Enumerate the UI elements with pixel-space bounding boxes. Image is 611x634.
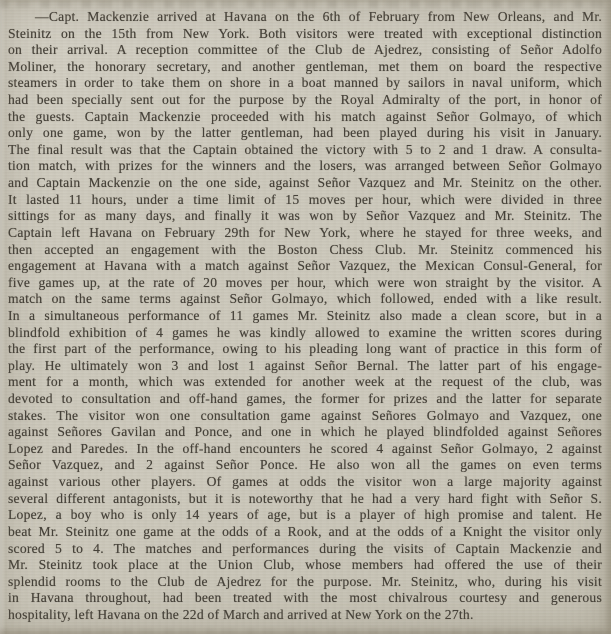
text-line: The final result was that the Captain ob…	[8, 142, 602, 159]
text-line: Steinitz on the 15th from New York. Both…	[8, 26, 602, 43]
text-line: tion match, with prizes for the winners …	[8, 158, 602, 175]
text-line: It lasted 11 hours, under a time limit o…	[8, 192, 602, 209]
body-paragraph: —Capt. Mackenzie arrived at Havana on th…	[8, 9, 602, 624]
text-line: engagement at Havana with a match agains…	[8, 258, 602, 275]
text-line: beat Mr. Steinitz one game at the odds o…	[8, 524, 602, 541]
text-line: Lopez, a boy who is only 14 years of age…	[8, 507, 602, 524]
text-line: then accepted an engagement with the Bos…	[8, 242, 602, 259]
text-line: steamers in order to take them on shore …	[8, 75, 602, 92]
ink-bleedthrough-top	[0, 0, 611, 8]
text-line: five games up, at the rate of 20 moves p…	[8, 275, 602, 292]
scan-left-edge	[0, 0, 6, 634]
text-line: In a simultaneous performance of 11 game…	[8, 308, 602, 325]
text-line: Captain left Havana on February 29th for…	[8, 225, 602, 242]
text-line: devoted to consultation and off-hand gam…	[8, 391, 602, 408]
text-line: stakes. The visitor won one consultation…	[8, 408, 602, 425]
text-line: the first part of the performance, owing…	[8, 341, 602, 358]
text-line: play. He ultimately won 3 and lost 1 aga…	[8, 358, 602, 375]
text-line: in Havana throughout, had been treated w…	[8, 590, 602, 607]
text-line: Señor Vazquez, and 2 against Señor Ponce…	[8, 457, 602, 474]
text-line: the guests. Captain Mackenzie proceeded …	[8, 109, 602, 126]
text-line: blindfold exhibition of 4 games he was k…	[8, 325, 602, 342]
text-line: —Capt. Mackenzie arrived at Havana on th…	[8, 9, 602, 26]
text-line: several different antagonists, but it is…	[8, 491, 602, 508]
ink-bleedthrough-bottom	[0, 628, 611, 634]
text-line: sittings for as many days, and finally i…	[8, 208, 602, 225]
text-line: on their arrival. A reception committee …	[8, 42, 602, 59]
text-line: and Captain Mackenzie on the one side, a…	[8, 175, 602, 192]
text-line: Lopez and Paredes. In the off-hand encou…	[8, 441, 602, 458]
text-line: hospitality, left Havana on the 22d of M…	[8, 607, 602, 624]
text-line: Moliner, the honorary secretary, and ano…	[8, 59, 602, 76]
text-line: Mr. Steinitz took place at the Union Clu…	[8, 557, 602, 574]
text-line: only one game, won by the latter gentlem…	[8, 125, 602, 142]
text-line: against Señores Gavilan and Ponce, and o…	[8, 424, 602, 441]
text-line: scored 5 to 4. The matches and performan…	[8, 541, 602, 558]
text-line: match on the same terms against Señor Go…	[8, 291, 602, 308]
text-line: ment for a month, which was extended for…	[8, 374, 602, 391]
text-line: had been specially sent out for the purp…	[8, 92, 602, 109]
scanned-document-page: —Capt. Mackenzie arrived at Havana on th…	[0, 0, 611, 634]
text-line: splendid rooms to the Club de Ajedrez fo…	[8, 574, 602, 591]
text-line: against various other players. Of games …	[8, 474, 602, 491]
